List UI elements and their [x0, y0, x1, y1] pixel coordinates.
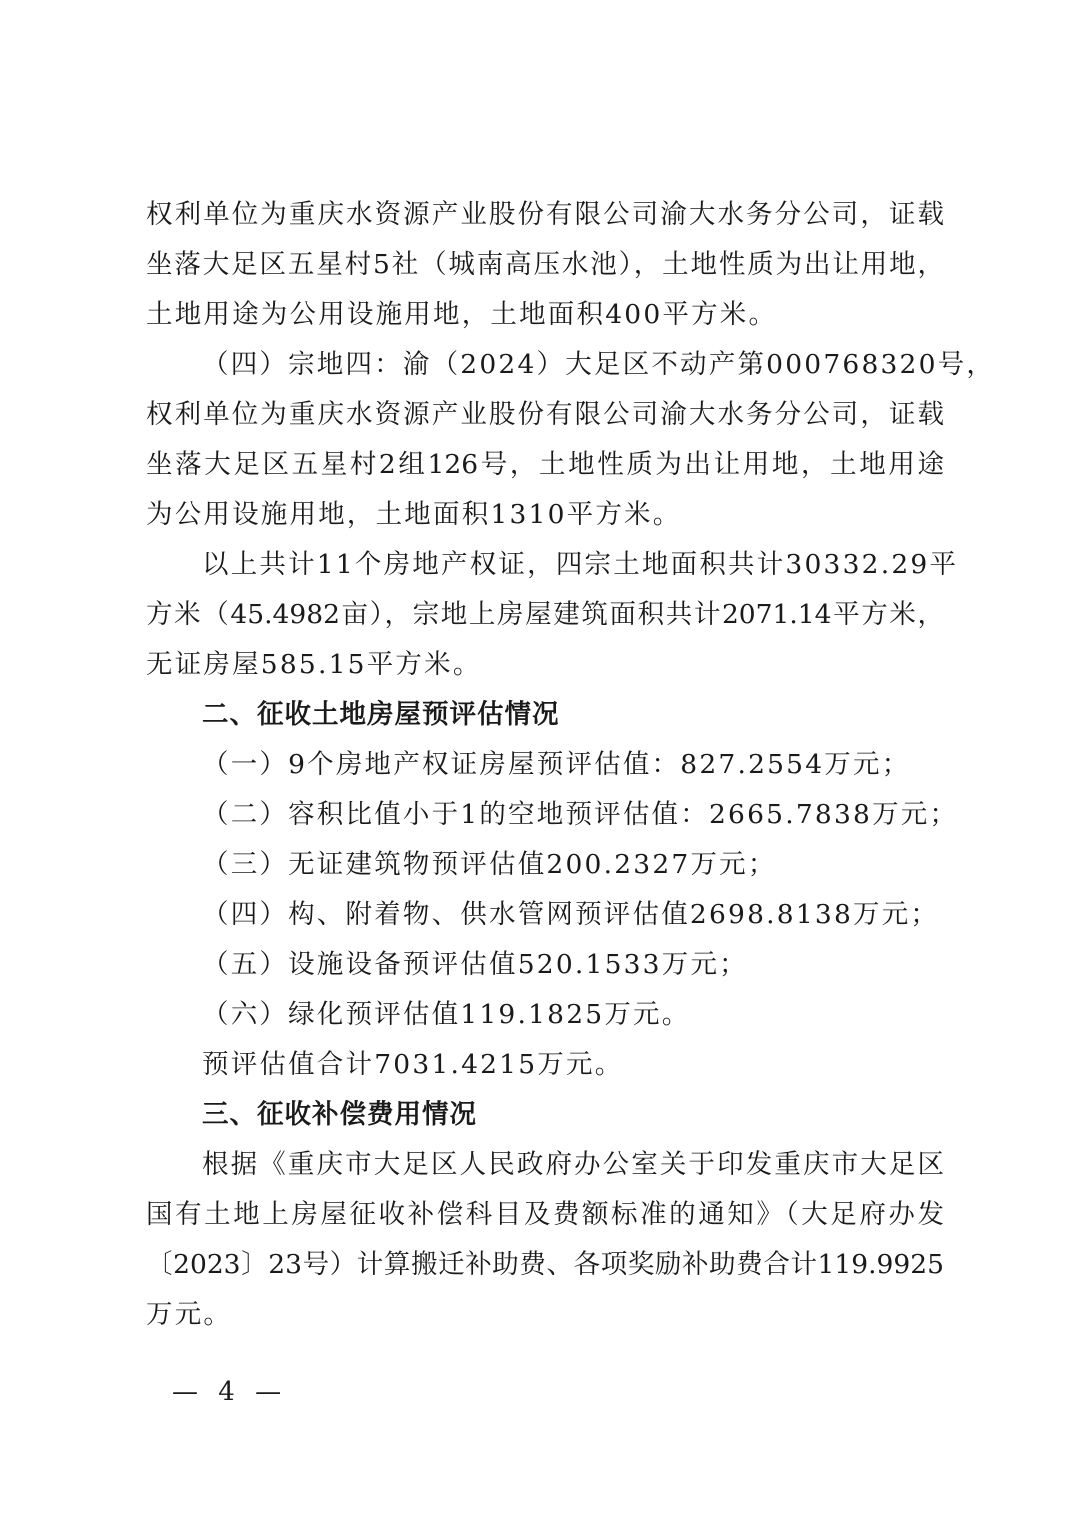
paragraph-line: 坐落大足区五星村2组126号，土地性质为出让用地，土地用途 [146, 440, 944, 490]
paragraph-line: 万元。 [146, 1290, 944, 1340]
list-item: （六）绿化预评估值119.1825万元。 [146, 990, 944, 1040]
paragraph-line: 方米（45.4982亩），宗地上房屋建筑面积共计2071.14平方米， [146, 590, 944, 640]
parcel-four-paragraph: （四）宗地四：渝（2024）大足区不动产第000768320号， 权利单位为重庆… [146, 340, 944, 540]
paragraph-line: 根据《重庆市大足区人民政府办公室关于印发重庆市大足区 [146, 1140, 944, 1190]
summary-paragraph: 以上共计11个房地产权证，四宗土地面积共计30332.29平 方米（45.498… [146, 540, 944, 690]
paragraph-line: 为公用设施用地，土地面积1310平方米。 [146, 490, 944, 540]
paragraph-line: 权利单位为重庆水资源产业股份有限公司渝大水务分公司，证载 [146, 390, 944, 440]
section-heading: 三、征收补偿费用情况 [146, 1090, 944, 1140]
list-item: （一）9个房地产权证房屋预评估值：827.2554万元； [146, 740, 944, 790]
list-item: （二）容积比值小于1的空地预评估值：2665.7838万元； [146, 790, 944, 840]
paragraph-line: 坐落大足区五星村5社（城南高压水池），土地性质为出让用地， [146, 240, 944, 290]
paragraph-line: 权利单位为重庆水资源产业股份有限公司渝大水务分公司，证载 [146, 190, 944, 240]
paragraph-line: 土地用途为公用设施用地，土地面积400平方米。 [146, 290, 944, 340]
list-item: （三）无证建筑物预评估值200.2327万元； [146, 840, 944, 890]
parcel-three-continuation: 权利单位为重庆水资源产业股份有限公司渝大水务分公司，证载 坐落大足区五星村5社（… [146, 190, 944, 340]
paragraph-line: （四）宗地四：渝（2024）大足区不动产第000768320号， [146, 340, 944, 390]
section-heading: 二、征收土地房屋预评估情况 [146, 690, 944, 740]
paragraph-line: 国有土地上房屋征收补偿科目及费额标准的通知》（大足府办发 [146, 1190, 944, 1240]
section-three: 三、征收补偿费用情况 根据《重庆市大足区人民政府办公室关于印发重庆市大足区 国有… [146, 1090, 944, 1340]
paragraph-line: 以上共计11个房地产权证，四宗土地面积共计30332.29平 [146, 540, 944, 590]
document-page: 权利单位为重庆水资源产业股份有限公司渝大水务分公司，证载 坐落大足区五星村5社（… [146, 190, 944, 1340]
section-two: 二、征收土地房屋预评估情况 （一）9个房地产权证房屋预评估值：827.2554万… [146, 690, 944, 1090]
paragraph-line: 〔2023〕23号）计算搬迁补助费、各项奖励补助费合计119.9925 [146, 1240, 944, 1290]
total-line: 预评估值合计7031.4215万元。 [146, 1040, 944, 1090]
list-item: （四）构、附着物、供水管网预评估值2698.8138万元； [146, 890, 944, 940]
paragraph-line: 无证房屋585.15平方米。 [146, 640, 944, 690]
list-item: （五）设施设备预评估值520.1533万元； [146, 940, 944, 990]
page-number: — 4 — [172, 1372, 287, 1412]
